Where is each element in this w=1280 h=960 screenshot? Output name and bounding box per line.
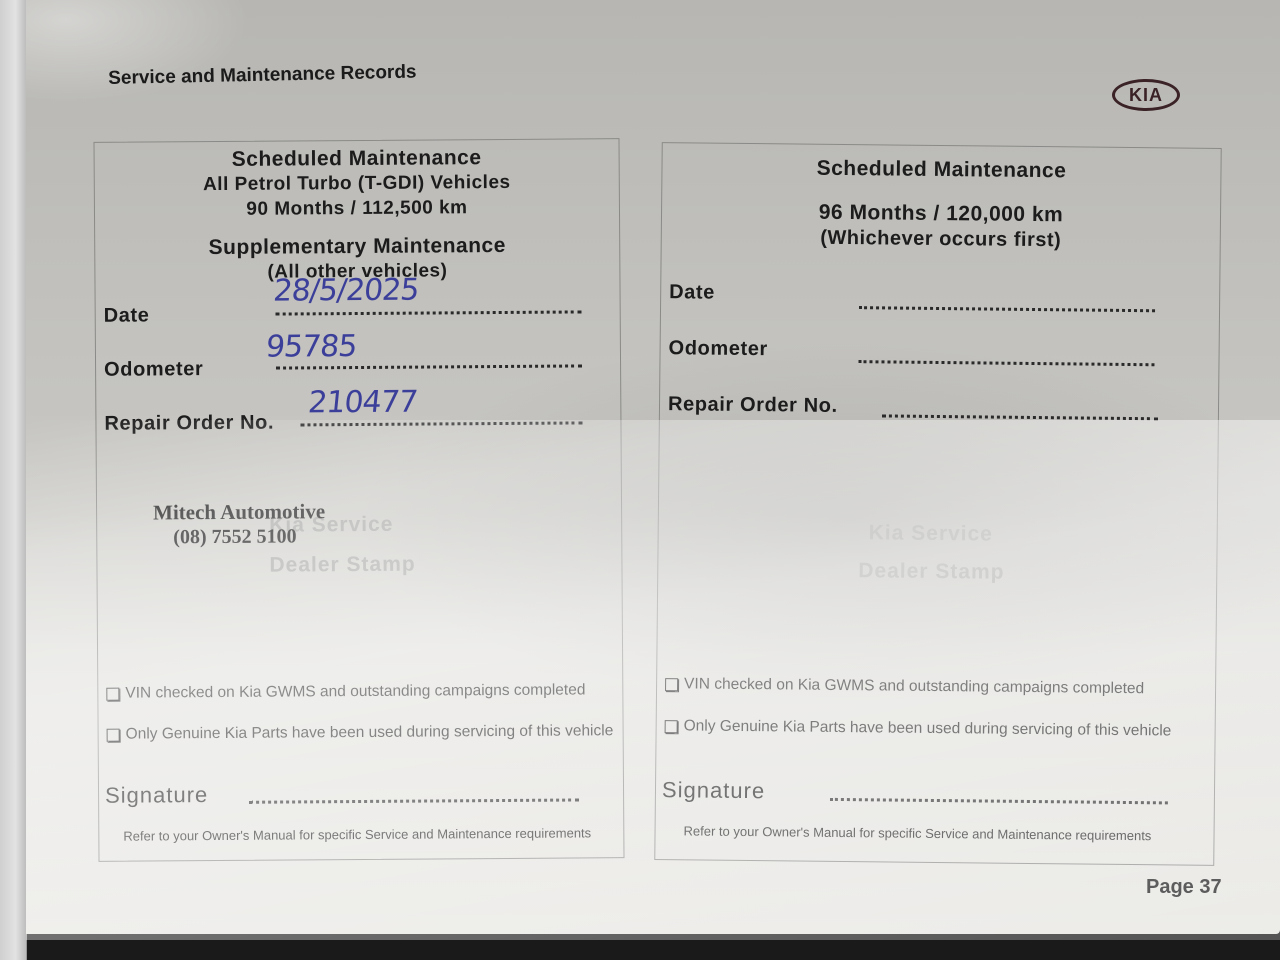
stamp-placeholder-line2: Dealer Stamp	[269, 553, 415, 578]
checkbox-row-vin[interactable]: VIN checked on Kia GWMS and outstanding …	[665, 675, 1144, 698]
service-record-panel-left: Scheduled Maintenance All Petrol Turbo (…	[93, 138, 624, 862]
repair-order-label: Repair Order No.	[668, 393, 838, 418]
footer-note: Refer to your Owner's Manual for specifi…	[123, 825, 591, 843]
date-field[interactable]	[276, 307, 582, 315]
signature-field[interactable]	[249, 795, 579, 803]
footer-note: Refer to your Owner's Manual for specifi…	[683, 823, 1151, 843]
signature-label: Signature	[105, 782, 208, 809]
checkbox-vin[interactable]	[665, 678, 678, 691]
kia-logo-icon: KIA	[1112, 79, 1180, 111]
page-number: Page 37	[1146, 876, 1222, 899]
stamp-placeholder-line2: Dealer Stamp	[858, 559, 1004, 585]
supplementary-heading: Supplementary Maintenance	[95, 233, 619, 261]
panel-vehicle-type: All Petrol Turbo (T-GDI) Vehicles	[95, 171, 619, 197]
panel-heading: Scheduled Maintenance	[95, 145, 619, 173]
stamp-placeholder-line1: Kia Service	[869, 521, 993, 546]
checkbox-vin-label: VIN checked on Kia GWMS and outstanding …	[684, 675, 1144, 698]
page-title: Service and Maintenance Records	[108, 62, 417, 90]
dealer-stamp-name: Mitech Automotive	[153, 499, 325, 525]
previous-page-edge	[0, 0, 27, 960]
checkbox-vin-label: VIN checked on Kia GWMS and outstanding …	[125, 681, 585, 702]
panel-interval: 96 Months / 120,000 km	[662, 199, 1220, 229]
checkbox-genuine-parts-label: Only Genuine Kia Parts have been used du…	[126, 722, 614, 743]
checkbox-row-genuine-parts[interactable]: Only Genuine Kia Parts have been used du…	[665, 717, 1172, 740]
panel-heading: Scheduled Maintenance	[662, 155, 1220, 185]
dealer-stamp-phone: (08) 7552 5100	[173, 525, 296, 549]
checkbox-row-vin[interactable]: VIN checked on Kia GWMS and outstanding …	[106, 681, 585, 702]
panel-interval: 90 Months / 112,500 km	[95, 196, 619, 222]
service-record-panel-right: Scheduled Maintenance 96 Months / 120,00…	[654, 142, 1221, 866]
checkbox-genuine-parts-label: Only Genuine Kia Parts have been used du…	[684, 717, 1172, 740]
checkbox-genuine-parts[interactable]	[665, 720, 678, 733]
booklet-page: Service and Maintenance Records KIA Sche…	[26, 0, 1280, 934]
odometer-value: 95785	[264, 329, 358, 365]
signature-field[interactable]	[830, 795, 1168, 805]
repair-order-field[interactable]	[882, 411, 1158, 420]
date-value: 28/5/2025	[272, 273, 420, 309]
repair-order-label: Repair Order No.	[104, 412, 274, 436]
panel-interval-note: (Whichever occurs first)	[662, 225, 1220, 254]
repair-order-value: 210477	[307, 385, 419, 421]
odometer-label: Odometer	[104, 358, 203, 382]
date-label: Date	[669, 281, 715, 304]
signature-label: Signature	[662, 777, 765, 804]
date-field[interactable]	[859, 303, 1155, 312]
checkbox-row-genuine-parts[interactable]: Only Genuine Kia Parts have been used du…	[107, 722, 614, 744]
checkbox-vin[interactable]	[106, 687, 119, 700]
checkbox-genuine-parts[interactable]	[107, 728, 120, 741]
date-label: Date	[104, 304, 150, 327]
odometer-label: Odometer	[668, 337, 768, 361]
odometer-field[interactable]	[858, 357, 1154, 366]
